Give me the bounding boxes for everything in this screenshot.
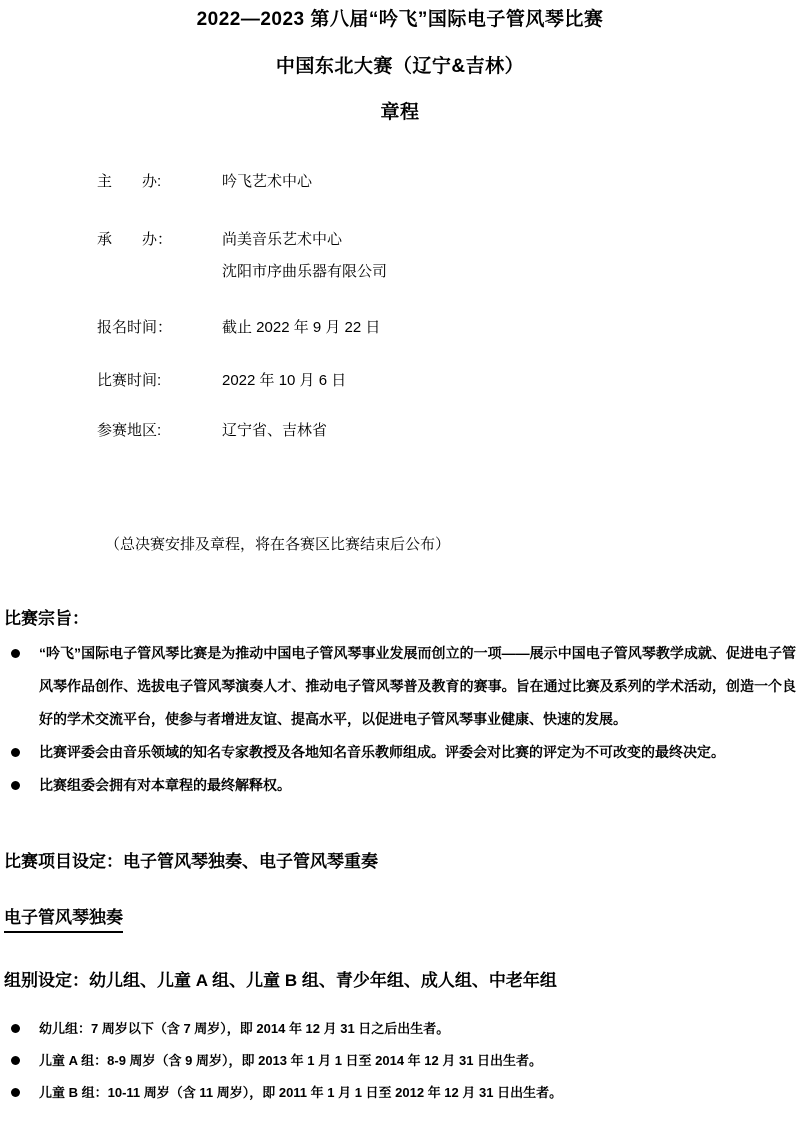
- region-value: 辽宁省、吉林省: [222, 420, 796, 442]
- competition-date-label: 比赛时间:: [97, 370, 222, 392]
- group-item-children-b-text: 儿童 B 组：10-11 周岁（含 11 周岁），即 2011 年 1 月 1 …: [39, 1077, 796, 1109]
- purpose-item-2-text: 比赛评委会由音乐领域的知名专家教授及各地知名音乐教师组成。评委会对比赛的评定为不…: [39, 736, 796, 769]
- competition-date-value: 2022 年 10 月 6 日: [222, 370, 796, 392]
- region-label: 参赛地区:: [97, 420, 222, 442]
- purpose-item-1: “吟飞”国际电子管风琴比赛是为推动中国电子管风琴事业发展而创立的一项——展示中国…: [4, 637, 796, 736]
- registration-deadline-label: 报名时间：: [97, 317, 222, 339]
- info-section: 主 办: 吟飞艺术中心 承 办： 尚美音乐艺术中心 沈阳市序曲乐器有限公司 报名…: [4, 171, 796, 556]
- purpose-item-3-text: 比赛组委会拥有对本章程的最终解释权。: [39, 769, 796, 802]
- bullet-icon: [11, 1024, 20, 1033]
- document-title-line2: 中国东北大赛（辽宁&吉林）: [4, 55, 796, 79]
- info-row-host: 主 办: 吟飞艺术中心: [4, 171, 796, 193]
- purpose-item-3: 比赛组委会拥有对本章程的最终解释权。: [4, 769, 796, 802]
- group-item-children-a: 儿童 A 组：8-9 周岁（含 9 周岁），即 2013 年 1 月 1 日至 …: [4, 1045, 796, 1077]
- purpose-heading: 比赛宗旨：: [4, 607, 796, 631]
- info-row-registration-deadline: 报名时间： 截止 2022 年 9 月 22 日: [4, 317, 796, 339]
- organizer-label: 承 办：: [97, 224, 222, 256]
- bullet-icon: [11, 1088, 20, 1097]
- info-row-organizer: 承 办： 尚美音乐艺术中心 沈阳市序曲乐器有限公司: [4, 224, 796, 288]
- document-title-charter: 章程: [4, 101, 796, 125]
- registration-deadline-value: 截止 2022 年 9 月 22 日: [222, 317, 796, 339]
- group-item-toddler-text: 幼儿组：7 周岁以下（含 7 周岁），即 2014 年 12 月 31 日之后出…: [39, 1013, 796, 1045]
- bullet-icon: [11, 1056, 20, 1065]
- bullet-icon: [11, 748, 20, 757]
- bullet-icon: [11, 781, 20, 790]
- group-item-children-b: 儿童 B 组：10-11 周岁（含 11 周岁），即 2011 年 1 月 1 …: [4, 1077, 796, 1109]
- host-label: 主 办:: [97, 171, 222, 193]
- bullet-icon: [11, 649, 20, 658]
- groups-list: 幼儿组：7 周岁以下（含 7 周岁），即 2014 年 12 月 31 日之后出…: [4, 1013, 796, 1109]
- group-item-toddler: 幼儿组：7 周岁以下（含 7 周岁），即 2014 年 12 月 31 日之后出…: [4, 1013, 796, 1045]
- document-page: 2022—2023 第八届“吟飞”国际电子管风琴比赛 中国东北大赛（辽宁&吉林）…: [0, 0, 800, 1135]
- solo-subheading-text: 电子管风琴独奏: [4, 906, 123, 933]
- groups-heading: 组别设定：幼儿组、儿童 A 组、儿童 B 组、青少年组、成人组、中老年组: [4, 969, 796, 993]
- finals-note: （总决赛安排及章程，将在各赛区比赛结束后公布）: [4, 534, 796, 556]
- info-row-region: 参赛地区: 辽宁省、吉林省: [4, 420, 796, 442]
- info-row-competition-date: 比赛时间: 2022 年 10 月 6 日: [4, 370, 796, 392]
- purpose-item-2: 比赛评委会由音乐领域的知名专家教授及各地知名音乐教师组成。评委会对比赛的评定为不…: [4, 736, 796, 769]
- purpose-item-1-text: “吟飞”国际电子管风琴比赛是为推动中国电子管风琴事业发展而创立的一项——展示中国…: [39, 637, 796, 736]
- document-title-line1: 2022—2023 第八届“吟飞”国际电子管风琴比赛: [4, 8, 796, 32]
- host-value: 吟飞艺术中心: [222, 171, 796, 193]
- solo-subheading: 电子管风琴独奏: [4, 906, 796, 933]
- group-item-children-a-text: 儿童 A 组：8-9 周岁（含 9 周岁），即 2013 年 1 月 1 日至 …: [39, 1045, 796, 1077]
- organizer-value-2: 沈阳市序曲乐器有限公司: [222, 256, 796, 288]
- purpose-list: “吟飞”国际电子管风琴比赛是为推动中国电子管风琴事业发展而创立的一项——展示中国…: [4, 637, 796, 802]
- organizer-value-1: 尚美音乐艺术中心: [222, 224, 796, 256]
- events-heading: 比赛项目设定：电子管风琴独奏、电子管风琴重奏: [4, 850, 796, 874]
